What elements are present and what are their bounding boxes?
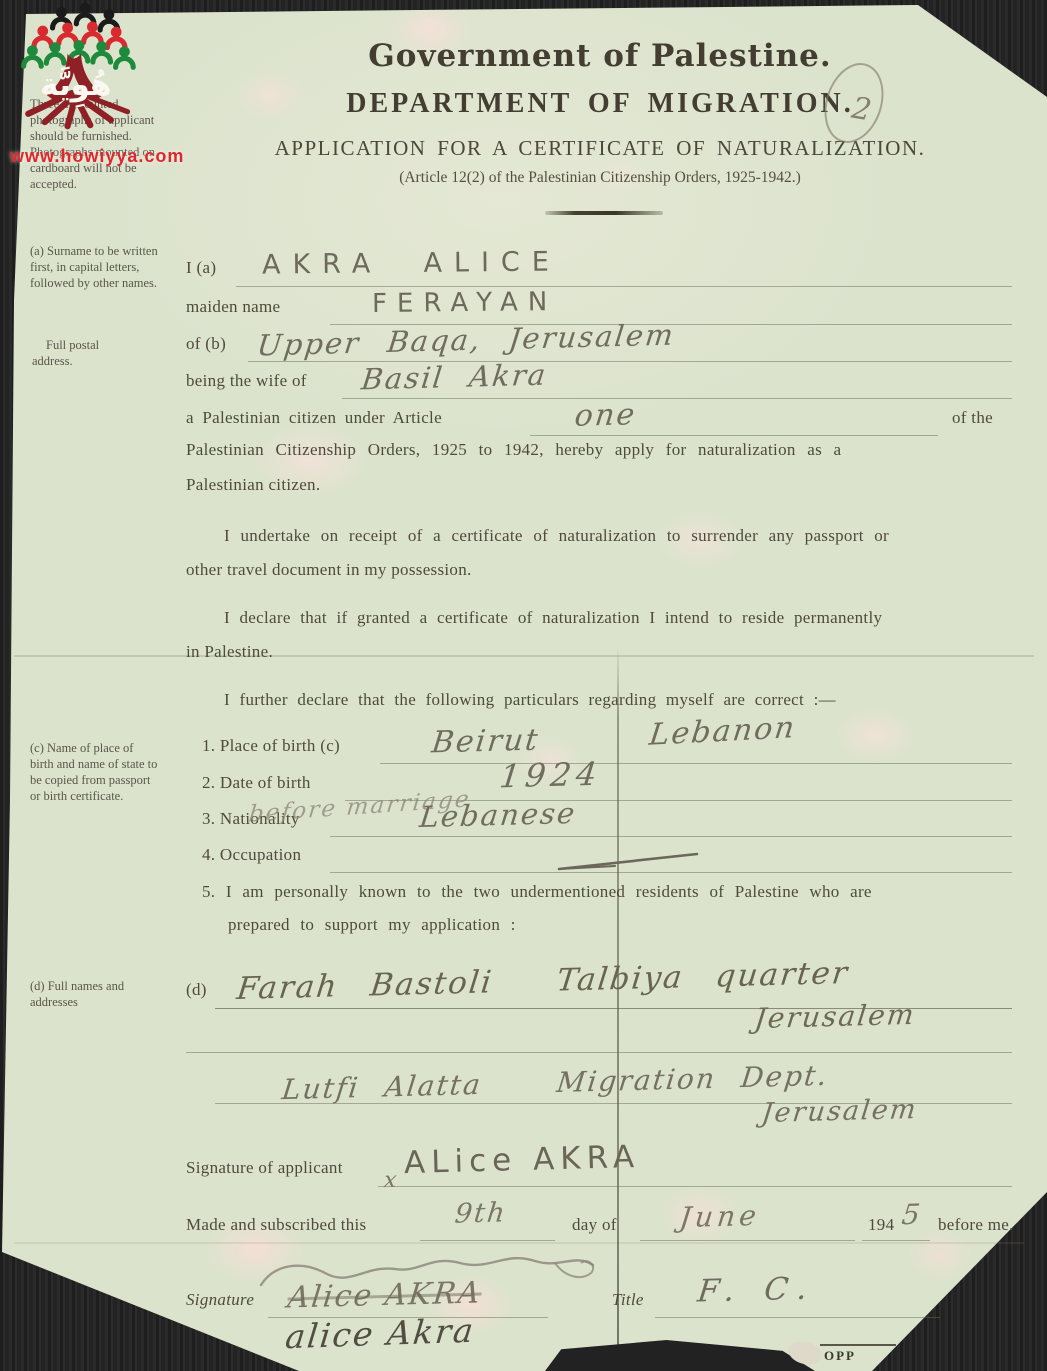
field-label-i: I (a) [186, 258, 216, 278]
header-subtitle: (Article 12(2) of the Palestinian Citize… [150, 169, 1047, 187]
logo-people-black [53, 3, 118, 30]
field-label-maiden: maiden name [186, 297, 280, 317]
field-label-article: a Palestinian citizen under Article [186, 408, 442, 428]
year-line [862, 1240, 930, 1241]
paragraph-undertake-line1: I undertake on receipt of a certificate … [224, 526, 1014, 546]
margin-note-c: (c) Name of place of birth and name of s… [30, 740, 158, 804]
paragraph-apply-line2: Palestinian citizen. [186, 475, 320, 495]
corner-text: OPP [824, 1348, 856, 1364]
year-hand-digit: 5 [900, 1198, 924, 1232]
year-printed: 194 [868, 1215, 894, 1235]
paragraph-declare-line1: I declare that if granted a certificate … [224, 608, 1014, 628]
title-label: Title [612, 1290, 644, 1310]
header-rule [545, 211, 663, 215]
witness-empty-line [186, 1052, 1012, 1053]
margin-note-a: (a) Surname to be written first, in capi… [30, 243, 158, 291]
day-of-label: day of [572, 1215, 617, 1235]
title-line [655, 1317, 940, 1318]
item5-line1: 5. I am personally known to the two unde… [202, 882, 1014, 902]
witness-d-label: (d) [186, 980, 207, 1000]
item3-line [330, 836, 1012, 837]
field-label-wife: being the wife of [186, 371, 307, 391]
made-month-value: June [678, 1199, 762, 1234]
paragraph-declare-line2: in Palestine. [186, 642, 273, 662]
made-month-line [640, 1240, 855, 1241]
header-department: DEPARTMENT OF MIGRATION. [150, 88, 1047, 120]
made-day-value: 9th [453, 1197, 508, 1229]
title-value: F. C. [696, 1270, 819, 1309]
document-scan: Government of Palestine. DEPARTMENT OF M… [0, 0, 1047, 1371]
signature-applicant-value: ALice AKRA [404, 1139, 641, 1181]
field-value-surname: AKRA ALICE [262, 246, 561, 280]
signature-applicant-label: Signature of applicant [186, 1158, 343, 1178]
made-subscribed-label: Made and subscribed this [186, 1215, 366, 1235]
made-day-line [420, 1240, 555, 1241]
occupation-dash-stroke [555, 850, 705, 872]
field-value-article: one [573, 397, 638, 434]
field-value-maiden: FERAYAN [372, 287, 558, 319]
watermark-url: www.howiyya.com [10, 146, 240, 167]
signature-label: Signature [186, 1290, 254, 1310]
paragraph-further-declare: I further declare that the following par… [224, 690, 1014, 710]
corner-rule [820, 1344, 896, 1346]
margin-note-postal: Full postal address. [32, 337, 117, 369]
field-line-i [236, 286, 1012, 287]
signature-value: Alice AKRA [286, 1275, 484, 1315]
item2-value-year: 1924 [498, 755, 604, 796]
fold-crease-horizontal [14, 655, 1034, 657]
field-suffix-article: of the [952, 408, 993, 428]
signature-applicant-line [378, 1186, 1012, 1187]
signature-applicant-mark: x [383, 1168, 400, 1193]
field-label-of: of (b) [186, 334, 226, 354]
before-me-label: before me. [938, 1215, 1014, 1235]
logo-arabic-text: هُوِيَّة [40, 65, 111, 108]
item1-line [380, 763, 1012, 764]
item2-label: 2. Date of birth [202, 773, 311, 793]
item4-label: 4. Occupation [202, 845, 301, 865]
item1-label: 1. Place of birth (c) [202, 736, 340, 756]
margin-note-d: (d) Full names and addresses [30, 978, 140, 1010]
witness1-city: Jerusalem [753, 998, 918, 1035]
field-line-article [530, 435, 938, 436]
paragraph-undertake-line2: other travel document in my possession. [186, 560, 472, 580]
signature-value-2: alice Akra [284, 1311, 477, 1357]
item1-value-place: Beirut [430, 723, 541, 761]
howiyya-tree-logo: هُوِيَّة [20, 0, 142, 150]
witness2-city: Jerusalem [760, 1094, 919, 1129]
item3-value-nationality: Lebanese [418, 796, 579, 834]
field-line-wife [342, 398, 1012, 399]
field-value-husband: Basil Akra [360, 358, 549, 397]
item4-line [330, 872, 1012, 873]
item5-line2: prepared to support my application : [228, 915, 516, 935]
header-government: Government of Palestine. [150, 38, 1047, 74]
header-title: APPLICATION FOR A CERTIFICATE OF NATURAL… [150, 136, 1047, 161]
paragraph-apply-line1: Palestinian Citizenship Orders, 1925 to … [186, 440, 1014, 460]
